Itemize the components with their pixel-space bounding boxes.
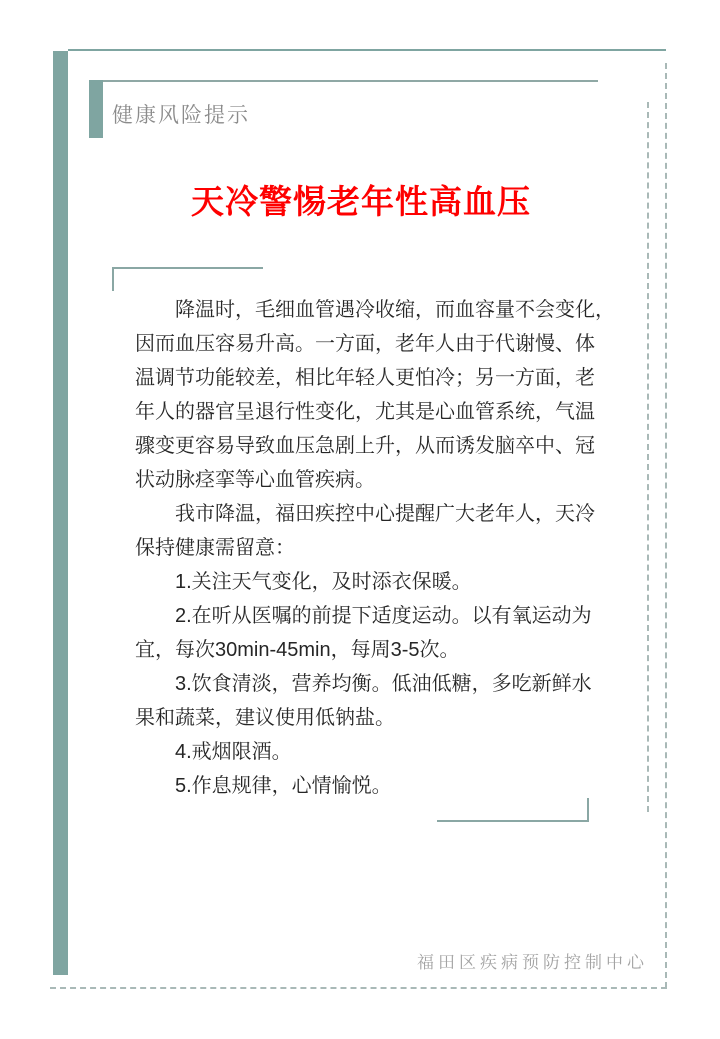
dashed-border-right-outer <box>665 63 667 988</box>
dashed-border-bottom <box>50 987 667 989</box>
corner-bracket-bottom-right-horizontal <box>437 820 589 822</box>
body-paragraph-reminder: 我市降温，福田疾控中心提醒广大老年人，天冷 保持健康需留意： <box>135 497 635 565</box>
header-marker-block <box>89 80 103 138</box>
header-label: 健康风险提示 <box>112 99 250 129</box>
body-paragraph-intro: 降温时，毛细血管遇冷收缩，而血容量不会变化， 因而血压容易升高。一方面，老年人由… <box>135 293 635 497</box>
page-title: 天冷警惕老年性高血压 <box>68 176 654 223</box>
left-accent-bar <box>53 51 68 975</box>
body-list-item-4: 4.戒烟限酒。 <box>135 735 635 769</box>
corner-bracket-top-left-vertical <box>112 267 114 291</box>
body-list-item-1: 1.关注天气变化，及时添衣保暖。 <box>135 565 635 599</box>
body-list-item-2: 2.在听从医嘱的前提下适度运动。以有氧运动为 宜，每次30min-45min，每… <box>135 599 635 667</box>
top-border-line <box>68 49 666 51</box>
footer-organization: 福田区疾病预防控制中心 <box>68 948 648 973</box>
header-rule-line <box>103 80 598 82</box>
body-list-item-3: 3.饮食清淡，营养均衡。低油低糖，多吃新鲜水 果和蔬菜，建议使用低钠盐。 <box>135 667 635 735</box>
body-text-block: 降温时，毛细血管遇冷收缩，而血容量不会变化， 因而血压容易升高。一方面，老年人由… <box>135 293 635 803</box>
body-list-item-5: 5.作息规律，心情愉悦。 <box>135 769 635 803</box>
health-notice-page: 健康风险提示 天冷警惕老年性高血压 降温时，毛细血管遇冷收缩，而血容量不会变化，… <box>0 0 720 1039</box>
corner-bracket-top-left-horizontal <box>112 267 263 269</box>
